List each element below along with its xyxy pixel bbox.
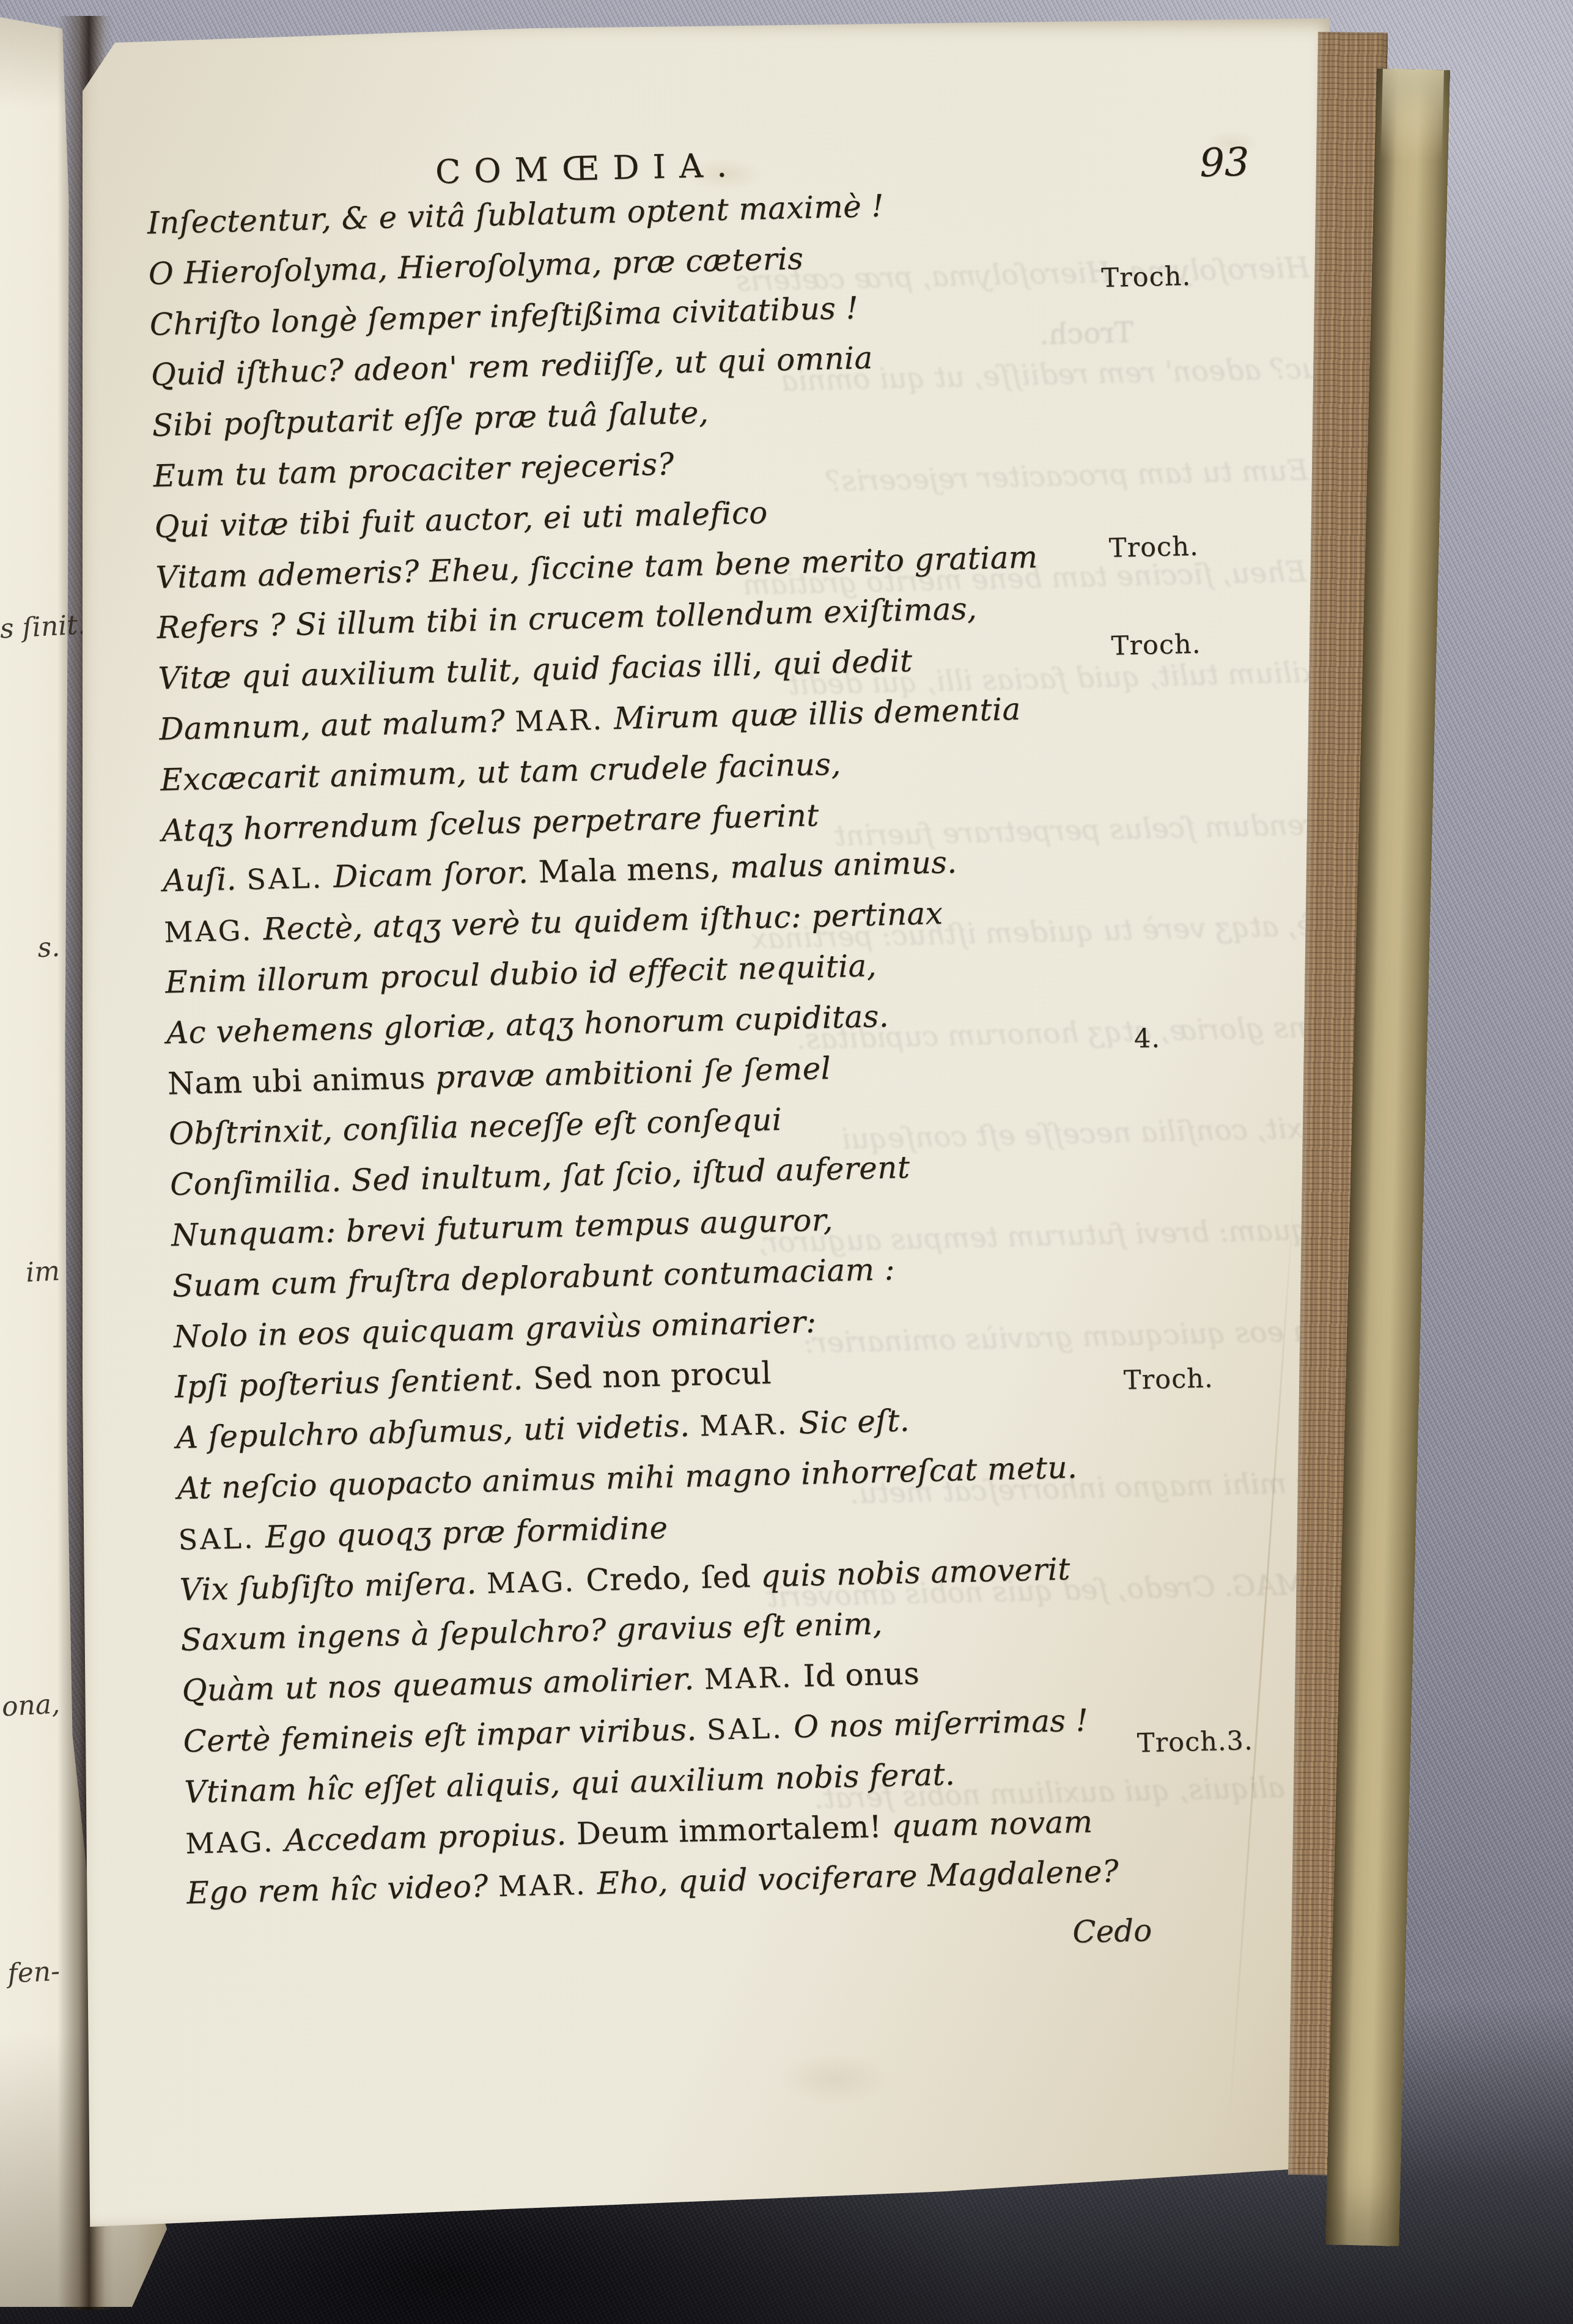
line-segment: Excæcarit animum, ut tam crudele facinus… (160, 746, 842, 797)
page-number: 93 (1199, 143, 1250, 183)
line-segment: Obſtrinxit, conſilia neceſſe eſt conſequ… (168, 1102, 782, 1152)
line-segment: Suam cum fruſtra deplorabunt contumaciam… (172, 1251, 895, 1304)
line-segment: Ipſi poſterius ſentient. (174, 1361, 533, 1405)
main-page: COMŒDIA. 93 Cedo Inſectentur, & e vitâ ſ… (83, 18, 1330, 2227)
text-block: COMŒDIA. 93 Cedo Inſectentur, & e vitâ ſ… (147, 171, 1336, 1919)
page-header: COMŒDIA. (435, 149, 741, 189)
margin-note: 4. (1133, 1025, 1160, 1052)
line-segment: Inſectentur, & e vitâ ſublatum optent ma… (147, 188, 884, 241)
line-segment: Chriſto longè ſemper infeſtißima civitat… (149, 290, 859, 342)
left-page-text-fragment: s ſinit. (0, 613, 61, 643)
line-segment: Certè femineis eſt impar viribus. (183, 1711, 707, 1759)
margin-note: Troch.3. (1137, 1728, 1254, 1757)
line-segment: Conſimilia. Sed inultum, ſat ſcio, iſtud… (169, 1149, 910, 1203)
speaker-label: SAL. (706, 1711, 784, 1746)
line-segment: Quid iſthuc? adeon' rem rediiſſe, ut qui… (150, 340, 873, 393)
line-segment: Qui vitæ tibi fuit auctor, ei uti malefi… (154, 495, 768, 545)
catchword: Cedo (1072, 1915, 1152, 1947)
line-segment: Ac vehemens gloriæ, atqʒ honorum cupidit… (166, 998, 889, 1051)
speaker-label: MAG. (486, 1565, 576, 1599)
line-segment: Atqʒ horrendum ſcelus perpetrare fuerint (161, 797, 820, 848)
show-through-ghost: Troch. (1039, 318, 1134, 349)
line-segment: Damnum, aut malum? (159, 703, 515, 747)
line-segment: Eho, quid vociferare Magdalene? (587, 1854, 1119, 1902)
line-segment: A ſepulchro abſumus, uti videtis. (175, 1407, 700, 1455)
line-segment: Ego rem hîc video? (186, 1868, 499, 1911)
line-segment: Quàm ut nos queamus amolirier. (182, 1661, 705, 1708)
line-segment: Id onus (793, 1656, 920, 1694)
line-segment: Accedam propius. (274, 1816, 577, 1859)
line-segment: Nunquam: brevi futurum tempus auguror, (171, 1202, 833, 1253)
left-page-text-fragment: s. (0, 934, 61, 964)
left-page-text-fragment: ona, (0, 1691, 61, 1721)
line-segment: O nos miſerrimas ! (783, 1702, 1089, 1745)
line-segment: Deum immortalem! (576, 1809, 892, 1851)
line-segment: Credo, ſed (575, 1558, 761, 1598)
speaker-label: MAR. (515, 703, 605, 738)
speaker-label: MAR. (498, 1868, 588, 1903)
line-segment: Mala mens, (538, 850, 731, 890)
speaker-label: MAR. (704, 1661, 794, 1695)
line-segment: Sic eſt. (789, 1403, 910, 1441)
speaker-label: SAL. (178, 1521, 256, 1556)
line-segment: Nolo in eos quicquam graviùs ominarier: (173, 1304, 817, 1354)
line-segment: Eum tu tam procaciter rejeceris? (153, 446, 674, 494)
left-page-text-fragment: im (0, 1258, 61, 1288)
line-segment: O Hieroſolyma, Hieroſolyma, præ cæteris (148, 241, 804, 292)
line-segment: Nam ubi animus (167, 1060, 435, 1101)
line-segment: Sibi poſtputarit eſſe præ tuâ ſalute, (152, 395, 709, 443)
line-segment: Dicam ſoror. (323, 855, 539, 895)
speaker-label: MAR. (699, 1407, 789, 1442)
margin-note: Troch. (1108, 534, 1199, 562)
margin-note: Troch. (1124, 1365, 1214, 1393)
speaker-label: MAG. (185, 1824, 275, 1859)
book-photo: s ſinit.s.imona,fen- COMŒDIA. 93 Cedo In… (0, 0, 1573, 2324)
speaker-label: MAG. (164, 913, 254, 948)
left-page-text-fragment: fen- (0, 1958, 61, 1988)
line-segment: Enim illorum procul dubio id effecit neq… (165, 948, 877, 1000)
margin-note: Troch. (1111, 632, 1201, 660)
line-segment: Ego quoqʒ præ formidine (255, 1510, 668, 1555)
line-segment: Sed non procul (532, 1356, 772, 1396)
line-segment: pravæ ambitioni ſe ſemel (435, 1050, 831, 1095)
line-segment: Saxum ingens à ſepulchro? gravius eſt en… (180, 1606, 883, 1658)
margin-note: Troch. (1101, 264, 1192, 292)
line-segment: Auſi. (163, 861, 247, 899)
line-segment: Vix ſubſiſto miſera. (179, 1565, 487, 1607)
speaker-label: SAL. (246, 861, 324, 896)
